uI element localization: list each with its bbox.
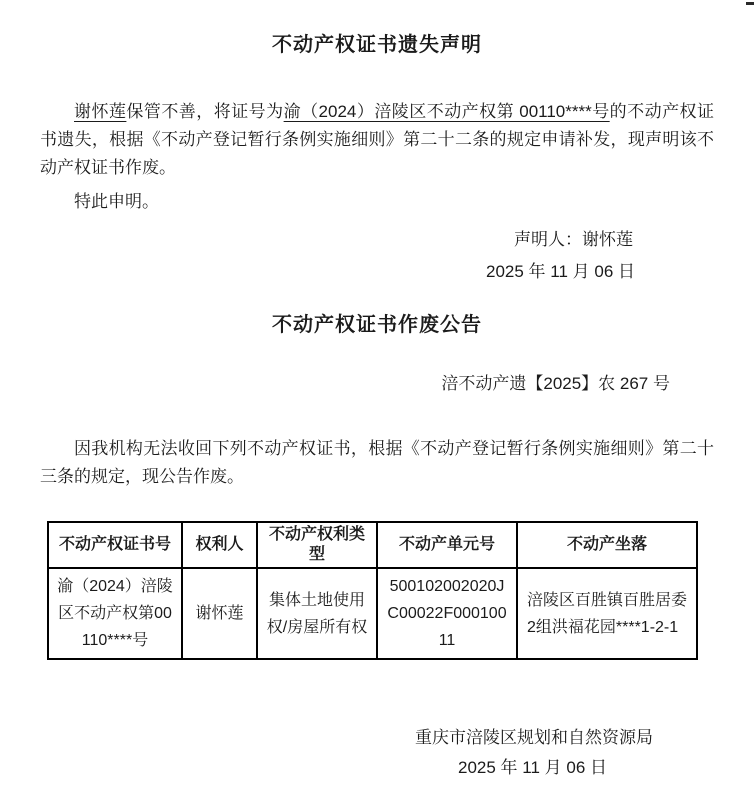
table-cell: 谢怀莲	[182, 568, 257, 659]
certificate-table-body: 渝（2024）涪陵区不动产权第00110****号谢怀莲集体土地使用权/房屋所有…	[48, 568, 697, 659]
declaration-title: 不动产权证书遗失声明	[40, 30, 714, 60]
table-row: 渝（2024）涪陵区不动产权第00110****号谢怀莲集体土地使用权/房屋所有…	[48, 568, 697, 659]
certificate-table: 不动产权证书号权利人不动产权利类型不动产单元号不动产坐落 渝（2024）涪陵区不…	[47, 521, 698, 660]
underlined-text: 谢怀莲	[74, 102, 126, 121]
table-header-cell: 权利人	[182, 522, 257, 568]
body-text: 保管不善，将证号为	[126, 102, 283, 121]
screen-corner-artifact	[746, 2, 754, 5]
table-header-cell: 不动产权证书号	[48, 522, 182, 568]
table-header-cell: 不动产权利类型	[257, 522, 377, 568]
declaration-signer: 声明人：谢怀莲	[40, 226, 714, 254]
table-cell: 500102002020JC00022F00010011	[377, 568, 517, 659]
announcement-date: 2025 年 11 月 06 日	[40, 754, 714, 782]
issuer-name: 重庆市涪陵区规划和自然资源局	[40, 724, 714, 752]
table-header-row: 不动产权证书号权利人不动产权利类型不动产单元号不动产坐落	[48, 522, 697, 568]
underlined-text: 渝（2024）涪陵区不动产权第 00110****号	[284, 102, 610, 121]
declaration-body: 谢怀莲保管不善，将证号为渝（2024）涪陵区不动产权第 00110****号的不…	[40, 98, 714, 182]
certificate-table-header: 不动产权证书号权利人不动产权利类型不动产单元号不动产坐落	[48, 522, 697, 568]
declaration-date: 2025 年 11 月 06 日	[40, 258, 714, 286]
declaration-closing: 特此申明。	[40, 188, 714, 216]
table-cell: 渝（2024）涪陵区不动产权第00110****号	[48, 568, 182, 659]
table-cell: 涪陵区百胜镇百胜居委 2组洪福花园****1-2-1	[517, 568, 697, 659]
document-page: 不动产权证书遗失声明 谢怀莲保管不善，将证号为渝（2024）涪陵区不动产权第 0…	[0, 0, 754, 803]
announcement-body: 因我机构无法收回下列不动产权证书，根据《不动产登记暂行条例实施细则》第二十三条的…	[40, 435, 714, 491]
announcement-title: 不动产权证书作废公告	[40, 310, 714, 340]
announcement-doc-number: 涪不动产遗【2025】农 267 号	[40, 370, 714, 398]
table-cell: 集体土地使用权/房屋所有权	[257, 568, 377, 659]
table-header-cell: 不动产单元号	[377, 522, 517, 568]
table-header-cell: 不动产坐落	[517, 522, 697, 568]
